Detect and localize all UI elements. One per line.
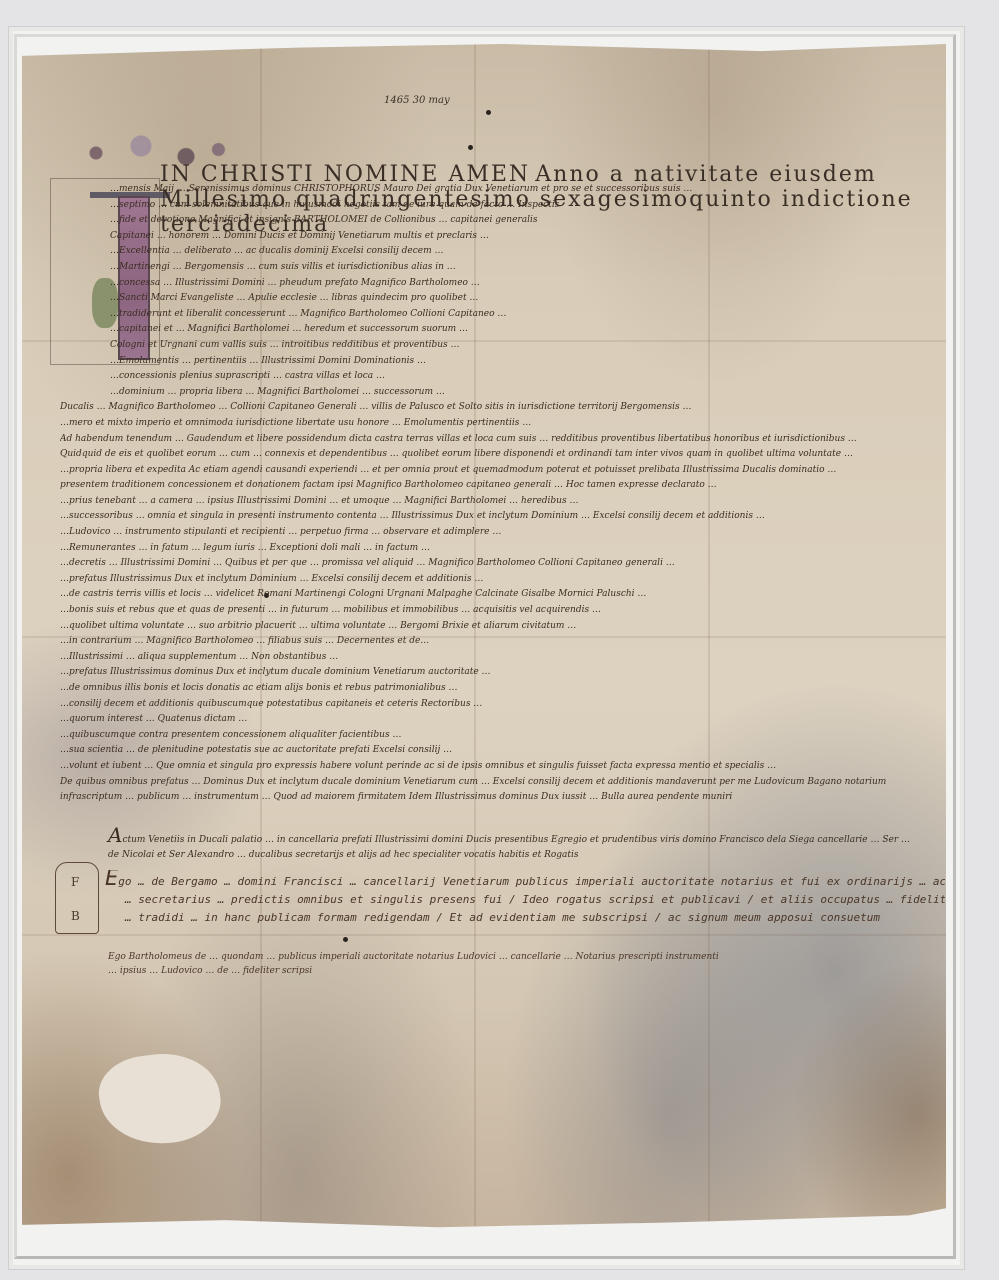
notary-subscription-primary: Ego … de Bergamo … domini Francisci … ca… xyxy=(105,870,945,927)
body-line: …Remunerantes … in fatum … legum iuris …… xyxy=(60,541,930,557)
body-line: Quidquid de eis et quolibet eorum … cum … xyxy=(60,447,930,463)
body-line: …concessa … Illustrissimi Domini … pheud… xyxy=(110,276,930,292)
charter-body: …mensis Maij … Serenissimus dominus CHRI… xyxy=(110,182,930,806)
body-line: …prefatus Illustrissimus dominus Dux et … xyxy=(60,665,930,681)
body-line: …Emolumentis … pertinentiis … Illustriss… xyxy=(110,354,930,370)
body-line: Cologni et Urgnani cum vallis suis … int… xyxy=(110,338,930,354)
notary-subscription-secondary: Ego Bartholomeus de … quondam … publicus… xyxy=(108,950,908,978)
body-line: Ducalis … Magnifico Bartholomeo … Collio… xyxy=(60,400,930,416)
body-line: …in contrarium … Magnifico Bartholomeo …… xyxy=(60,634,930,650)
body-line: …capitanei et … Magnifici Bartholomei … … xyxy=(110,322,930,338)
ink-spot xyxy=(343,937,348,942)
body-line: …septimo … cum solemnitatibus que in hui… xyxy=(110,198,930,214)
body-line: …de castris terris villis et locis … vid… xyxy=(60,587,930,603)
notary-mark-letter: B xyxy=(71,909,80,923)
body-line: …consilij decem et additionis quibuscumq… xyxy=(60,697,930,713)
subscription-line: … tradidi … in hanc publicam formam redi… xyxy=(105,909,945,927)
body-line: …Illustrissimi … aliqua supplementum … N… xyxy=(60,650,930,666)
body-line: …successoribus … omnia et singula in pre… xyxy=(60,509,930,525)
fold-line xyxy=(22,934,946,936)
subscription-line: Ego … de Bergamo … domini Francisci … ca… xyxy=(105,870,945,891)
subscription-line: Ego Bartholomeus de … quondam … publicus… xyxy=(108,950,908,964)
notary-mark-letter: F xyxy=(71,875,79,889)
subscription-line: … secretarius … predictis omnibus et sin… xyxy=(105,891,945,909)
body-line: …prius tenebant … a camera … ipsius Illu… xyxy=(60,494,930,510)
notary-signum-icon: F B xyxy=(55,862,99,934)
body-line: …volunt et iubent … Que omnia et singula… xyxy=(60,759,930,775)
body-line: …bonis suis et rebus que et quas de pres… xyxy=(60,603,930,619)
body-line: Capitanei … honorem … Domini Ducis et Do… xyxy=(110,229,930,245)
body-line: …Martinengi … Bergomensis … cum suis vil… xyxy=(110,260,930,276)
subscription-line: … ipsius … Ludovico … de … fideliter scr… xyxy=(108,964,908,978)
body-line: …tradiderunt et liberalit concesserunt …… xyxy=(110,307,930,323)
body-line: …fide et devotione Magnifici et insignis… xyxy=(110,213,930,229)
body-line: …decretis … Illustrissimi Domini … Quibu… xyxy=(60,556,930,572)
actum-line: Actum Venetiis in Ducali palatio … in ca… xyxy=(108,828,928,848)
body-line: …quorum interest … Quatenus dictam … xyxy=(60,712,930,728)
body-line: …prefatus Illustrissimus Dux et inclytum… xyxy=(60,572,930,588)
body-line: …sua scientia … de plenitudine potestati… xyxy=(60,743,930,759)
date-annotation: 1465 30 may xyxy=(384,95,450,106)
body-line: …concessionis plenius suprascripti … cas… xyxy=(110,369,930,385)
body-line: …mensis Maij … Serenissimus dominus CHRI… xyxy=(110,182,930,198)
body-line: …mero et mixto imperio et omnimoda iuris… xyxy=(60,416,930,432)
body-line: …Ludovico … instrumento stipulanti et re… xyxy=(60,525,930,541)
body-line: …quibuscumque contra presentem concessio… xyxy=(60,728,930,744)
body-line: …Excellentia … deliberato … ac ducalis d… xyxy=(110,244,930,260)
body-line: …propria libera et expedita Ac etiam age… xyxy=(60,463,930,479)
body-line: …Sancti Marci Evangeliste … Apulie eccle… xyxy=(110,291,930,307)
body-line: infrascriptum … publicum … instrumentum … xyxy=(60,790,930,806)
actum-clause: Actum Venetiis in Ducali palatio … in ca… xyxy=(108,828,928,863)
body-line: De quibus omnibus prefatus … Dominus Dux… xyxy=(60,775,930,791)
body-line: Ad habendum tenendum … Gaudendum et libe… xyxy=(60,432,930,448)
ink-spot xyxy=(468,145,473,150)
actum-line: de Nicolai et Ser Alexandro … ducalibus … xyxy=(108,848,928,863)
ink-spot xyxy=(486,110,491,115)
parchment-tear xyxy=(94,1046,225,1152)
body-line: …quolibet ultima voluntate … suo arbitri… xyxy=(60,619,930,635)
body-line: …de omnibus illis bonis et locis donatis… xyxy=(60,681,930,697)
body-line: …dominium … propria libera … Magnifici B… xyxy=(110,385,930,401)
body-line: presentem traditionem concessionem et do… xyxy=(60,478,930,494)
